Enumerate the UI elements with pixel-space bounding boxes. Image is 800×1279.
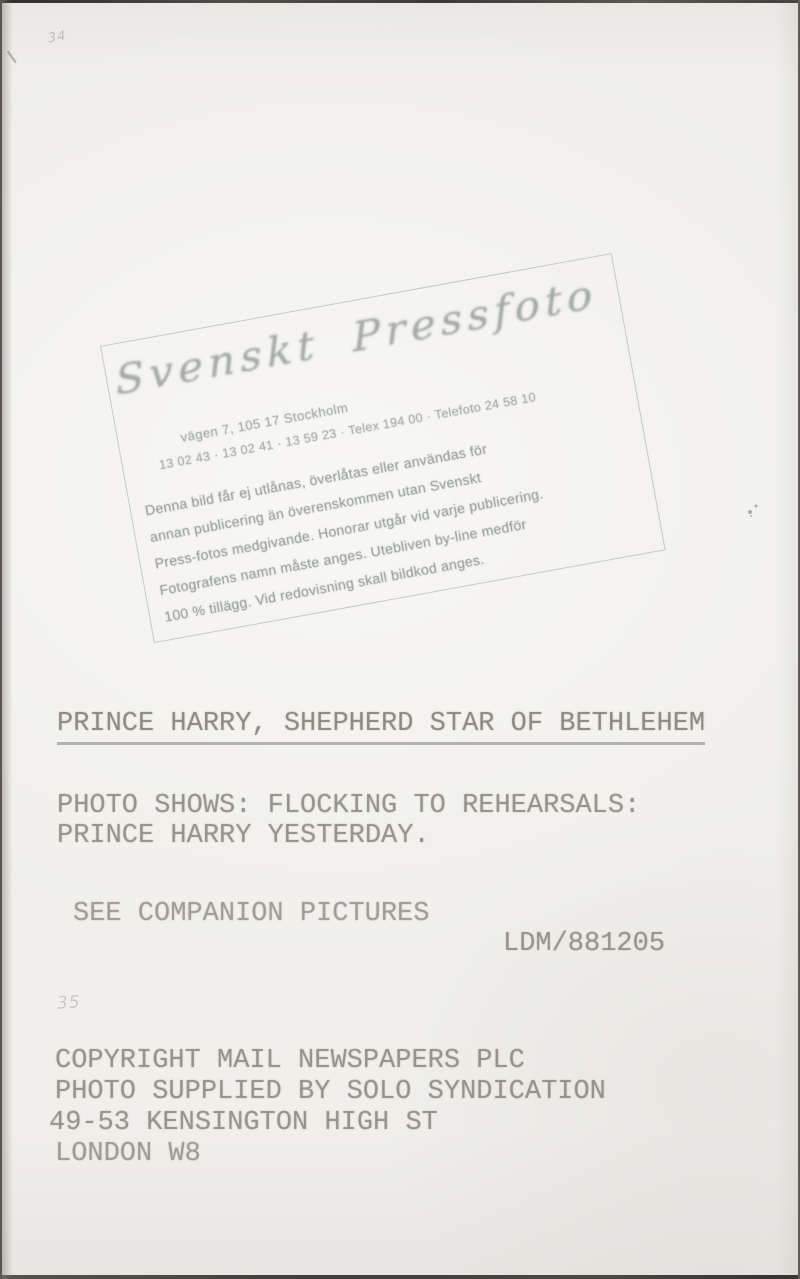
caption-photo-shows-line2: PRINCE HARRY YESTERDAY. xyxy=(57,821,430,851)
credit-street-line: 49-53 KENSINGTON HIGH ST xyxy=(49,1108,438,1138)
credit-city-line: LONDON W8 xyxy=(55,1139,201,1169)
caption-headline: PRINCE HARRY, SHEPHERD STAR OF BETHLEHEM xyxy=(57,709,705,745)
credit-copyright-line: COPYRIGHT MAIL NEWSPAPERS PLC xyxy=(55,1046,525,1076)
pencil-mark-34: 34 xyxy=(47,29,68,47)
scan-edge-left-shadow xyxy=(2,0,12,1279)
caption-companion-note: SEE COMPANION PICTURES xyxy=(73,899,429,929)
credit-supplier-line: PHOTO SUPPLIED BY SOLO SYNDICATION xyxy=(55,1077,606,1107)
caption-photo-shows-line1: PHOTO SHOWS: FLOCKING TO REHEARSALS: xyxy=(57,791,640,821)
scan-edge-top xyxy=(0,0,800,3)
caption-reference-code: LDM/881205 xyxy=(503,929,665,959)
pencil-mark-35: 35 xyxy=(56,992,81,1014)
scan-edge-bottom xyxy=(0,1275,800,1279)
ink-smudge xyxy=(748,510,752,514)
